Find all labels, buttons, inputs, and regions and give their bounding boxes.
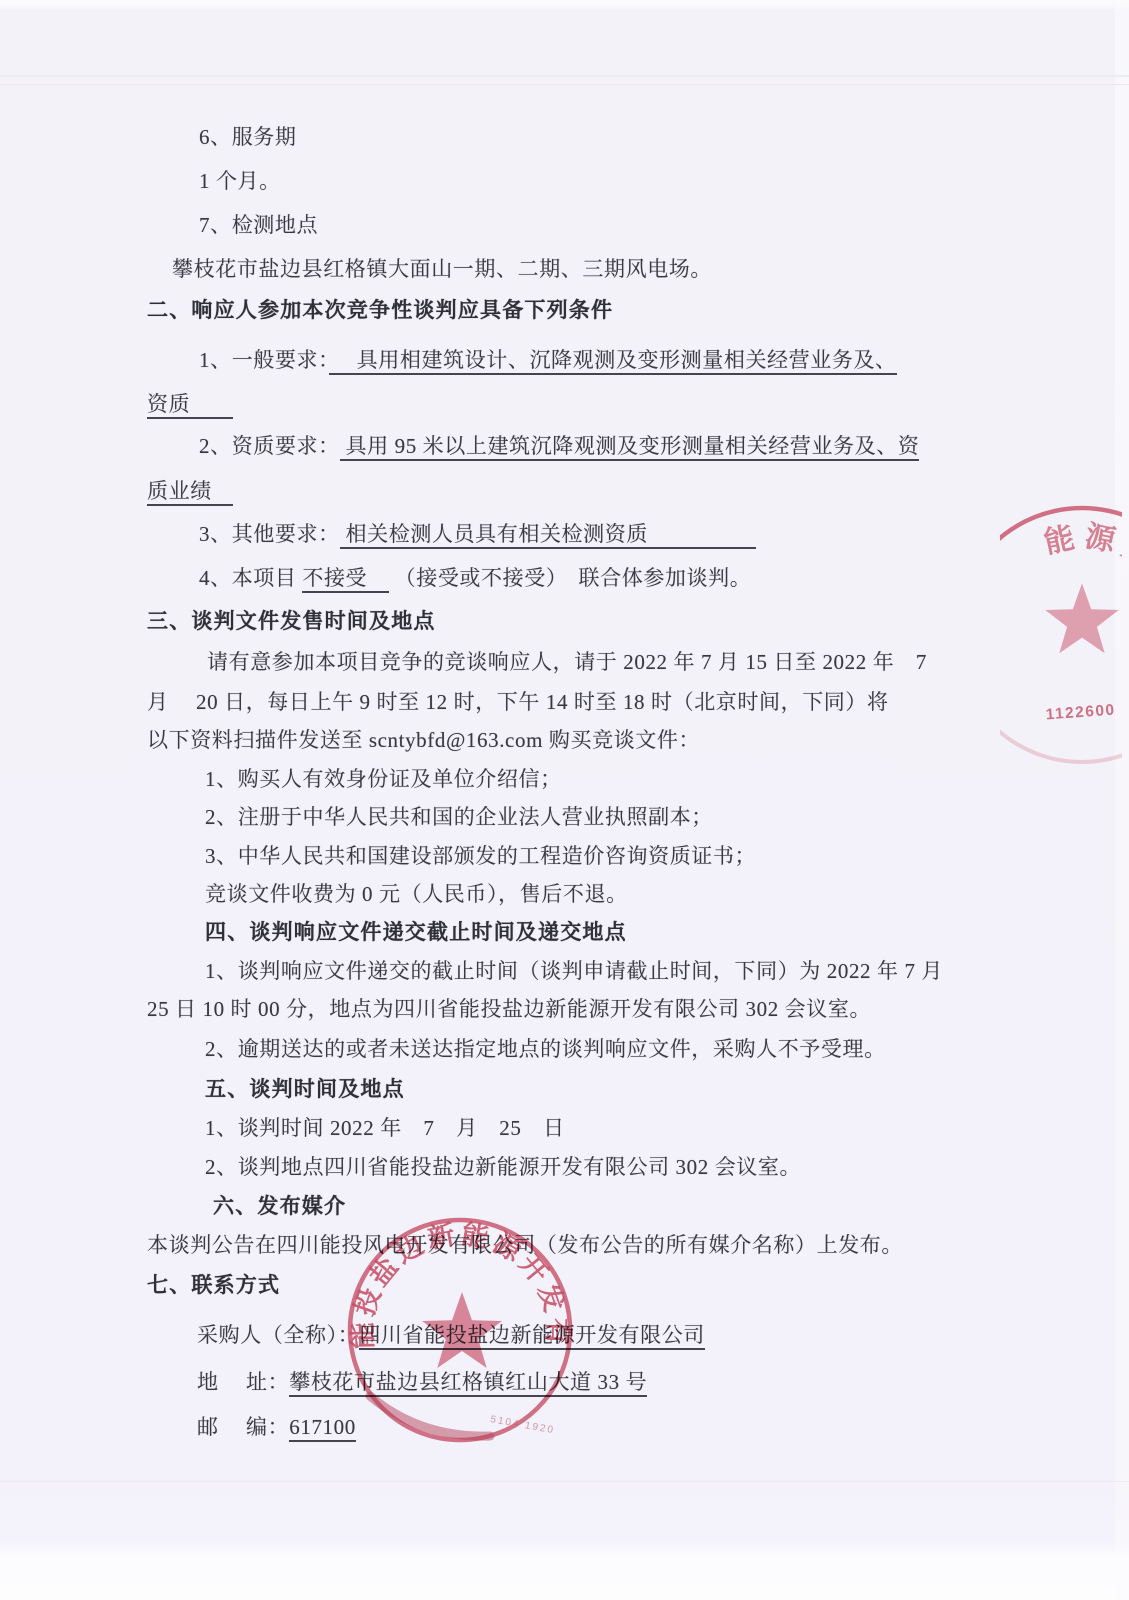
seal-ring-text: 能源开: [1041, 519, 1122, 580]
text-segment: 邮 编：: [197, 1415, 289, 1439]
text-line-25: 1、谈判时间 2022 年 7 月 25 日: [205, 1115, 565, 1142]
text-line-17: 2、注册于中华人民共和国的企业法人营业执照副本；: [205, 804, 713, 831]
text-segment: 2、注册于中华人民共和国的企业法人营业执照副本；: [205, 805, 713, 829]
text-line-18: 3、中华人民共和国建设部颁发的工程造价咨询资质证书；: [205, 843, 756, 870]
text-line-27: 六、发布媒介: [213, 1193, 346, 1220]
seal-star-icon: [1045, 583, 1118, 653]
text-line-26: 2、谈判地点四川省能投盐边新能源开发有限公司 302 会议室。: [205, 1154, 801, 1181]
scanned-document-page: 6、服务期1 个月。7、检测地点攀枝花市盐边县红格镇大面山一期、二期、三期风电场…: [0, 0, 1129, 1600]
text-line-31: 地 址：攀枝花市盐边县红格镇红山大道 33 号: [197, 1369, 647, 1396]
scan-artifact-line: [0, 84, 1129, 85]
partial-seal-stamp: 能源开 1122600: [1000, 480, 1122, 770]
text-line-24: 五、谈判时间及地点: [205, 1076, 405, 1103]
text-segment: 请有意参加本项目竞争的竞谈响应人，请于 2022 年 7 月 15 日至 202…: [207, 650, 927, 674]
seal-ring: [1000, 508, 1122, 762]
text-line-4: 攀枝花市盐边县红格镇大面山一期、二期、三期风电场。: [172, 256, 712, 283]
text-segment: 4、本项目: [199, 566, 302, 590]
text-line-16: 1、购买人有效身份证及单位介绍信；: [205, 766, 562, 793]
text-line-1: 6、服务期: [199, 124, 297, 151]
underlined-text: 资质: [147, 392, 233, 419]
text-line-28: 本谈判公告在四川能投风电开发有限公司（发布公告的所有媒介名称）上发布。: [147, 1232, 903, 1259]
text-segment: 3、中华人民共和国建设部颁发的工程造价咨询资质证书；: [205, 844, 756, 868]
text-line-5: 二、响应人参加本次竞争性谈判应具备下列条件: [147, 297, 613, 324]
text-line-30: 采购人（全称）：四川省能投盐边新能源开发有限公司: [197, 1322, 705, 1349]
text-segment: 地 址：: [197, 1370, 289, 1394]
underlined-text: 攀枝花市盐边县红格镇红山大道 33 号: [289, 1370, 647, 1397]
seal-serial-number: 5104 1920: [489, 1414, 555, 1436]
text-segment: 采购人（全称）：: [197, 1323, 359, 1347]
seal-registration-number: 1122600: [1045, 702, 1116, 724]
text-segment: 25 日 10 时 00 分，地点为四川省能投盐边新能源开发有限公司 302 会…: [147, 997, 871, 1021]
text-segment: 1、一般要求：: [199, 348, 329, 372]
underlined-text: 相关检测人员具有相关检测资质: [340, 522, 756, 549]
text-line-19: 竞谈文件收费为 0 元（人民币），售后不退。: [205, 881, 628, 908]
text-line-13: 请有意参加本项目竞争的竞谈响应人，请于 2022 年 7 月 15 日至 202…: [207, 649, 927, 676]
text-segment: 2、逾期送达的或者未送达指定地点的谈判响应文件，采购人不予受理。: [205, 1037, 886, 1061]
underlined-text: 具用相建筑设计、沉降观测及变形测量相关经营业务及、: [329, 348, 896, 375]
text-line-15: 以下资料扫描件发送至 scntybfd@163.com 购买竞谈文件：: [147, 727, 700, 754]
seal-ink-smudge: [370, 1396, 490, 1436]
text-line-32: 邮 编：617100: [197, 1414, 356, 1441]
scan-artifact-line: [0, 1481, 1129, 1482]
text-segment: 2、资质要求：: [199, 434, 340, 458]
text-line-9: 质业绩: [147, 478, 233, 505]
text-segment: 五、谈判时间及地点: [205, 1078, 405, 1101]
text-segment: 攀枝花市盐边县红格镇大面山一期、二期、三期风电场。: [172, 257, 712, 281]
scan-edge-strip: [1115, 0, 1129, 1600]
scan-artifact-line: [0, 75, 1129, 77]
text-segment: 2、谈判地点四川省能投盐边新能源开发有限公司 302 会议室。: [205, 1155, 801, 1179]
text-segment: 1、购买人有效身份证及单位介绍信；: [205, 767, 562, 791]
text-line-2: 1 个月。: [199, 168, 281, 195]
text-segment: 月 20 日，每日上午 9 时至 12 时，下午 14 时至 18 时（北京时间…: [147, 690, 889, 714]
underlined-text: 四川省能投盐边新能源开发有限公司: [359, 1323, 705, 1350]
text-segment: 1、谈判响应文件递交的截止时间（谈判申请截止时间，下同）为 2022 年 7 月: [205, 959, 943, 983]
text-segment: 1 个月。: [199, 169, 281, 193]
text-line-22: 25 日 10 时 00 分，地点为四川省能投盐边新能源开发有限公司 302 会…: [147, 996, 871, 1023]
underlined-text: 质业绩: [147, 479, 233, 506]
underlined-text: 不接受: [302, 566, 388, 593]
underlined-text: 617100: [289, 1415, 356, 1442]
text-line-12: 三、谈判文件发售时间及地点: [147, 608, 436, 635]
text-segment: （接受或不接受） 联合体参加谈判。: [389, 566, 752, 590]
text-line-23: 2、逾期送达的或者未送达指定地点的谈判响应文件，采购人不予受理。: [205, 1036, 886, 1063]
text-line-7: 资质: [147, 391, 233, 418]
text-line-6: 1、一般要求： 具用相建筑设计、沉降观测及变形测量相关经营业务及、: [199, 347, 897, 374]
underlined-text: 具用 95 米以上建筑沉降观测及变形测量相关经营业务及、资: [340, 434, 920, 461]
text-line-29: 七、联系方式: [147, 1272, 280, 1299]
seal-ring-arc: [1000, 508, 1122, 571]
text-line-20: 四、谈判响应文件递交截止时间及递交地点: [205, 919, 627, 946]
text-segment: 7、检测地点: [199, 213, 318, 237]
text-line-14: 月 20 日，每日上午 9 时至 12 时，下午 14 时至 18 时（北京时间…: [147, 689, 889, 716]
text-segment: 本谈判公告在四川能投风电开发有限公司（发布公告的所有媒介名称）上发布。: [147, 1233, 903, 1257]
text-segment: 1、谈判时间 2022 年 7 月 25 日: [205, 1116, 565, 1140]
text-segment: 3、其他要求：: [199, 522, 340, 546]
text-segment: 二、响应人参加本次竞争性谈判应具备下列条件: [147, 299, 613, 322]
text-line-3: 7、检测地点: [199, 212, 318, 239]
text-segment: 四、谈判响应文件递交截止时间及递交地点: [205, 921, 627, 944]
text-segment: 三、谈判文件发售时间及地点: [147, 610, 436, 633]
text-segment: 七、联系方式: [147, 1274, 280, 1297]
text-segment: 以下资料扫描件发送至 scntybfd@163.com 购买竞谈文件：: [147, 728, 700, 752]
text-segment: 六、发布媒介: [213, 1195, 346, 1218]
text-segment: 6、服务期: [199, 125, 297, 149]
text-line-8: 2、资质要求： 具用 95 米以上建筑沉降观测及变形测量相关经营业务及、资: [199, 433, 919, 460]
text-line-10: 3、其他要求： 相关检测人员具有相关检测资质: [199, 521, 756, 548]
text-segment: 竞谈文件收费为 0 元（人民币），售后不退。: [205, 882, 628, 906]
text-line-21: 1、谈判响应文件递交的截止时间（谈判申请截止时间，下同）为 2022 年 7 月: [205, 958, 943, 985]
text-line-11: 4、本项目 不接受 （接受或不接受） 联合体参加谈判。: [199, 565, 751, 592]
